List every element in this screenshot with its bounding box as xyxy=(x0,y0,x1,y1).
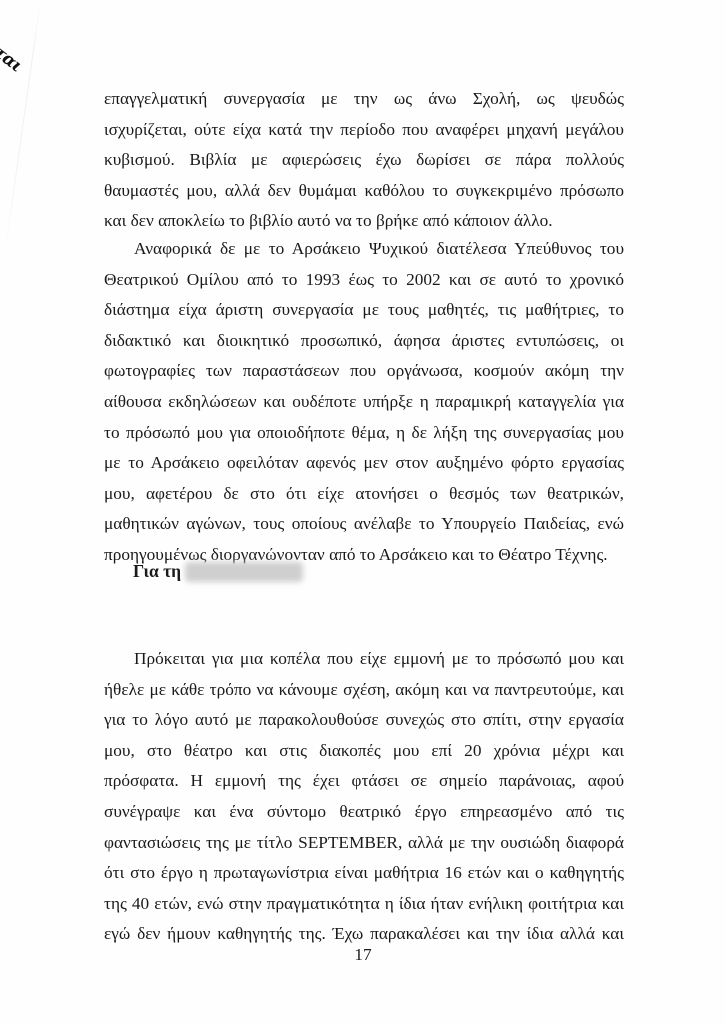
text-line: πρόσφατα. Η εμμονή της έχει φτάσει σε ση… xyxy=(104,766,624,797)
text-line: Πρόκειται για μια κοπέλα που είχε εμμονή… xyxy=(104,644,624,675)
text-line: αίθουσα εκδηλώσεων και ουδέποτε υπήρξε η… xyxy=(104,387,624,418)
text-line: ισχυρίζεται, ούτε είχα κατά την περίοδο … xyxy=(104,115,624,146)
paragraph-1: επαγγελματική συνεργασία με την ως άνω Σ… xyxy=(104,84,624,237)
text-line: μαθητικών αγώνων, τους οποίους ανέλαβε τ… xyxy=(104,509,624,540)
text-line: Αναφορικά δε με το Αρσάκειο Ψυχικού διατ… xyxy=(104,234,624,265)
section-heading: Για τη xyxy=(133,561,303,582)
text-line: συνέγραψε και ένα σύντομο θεατρικό έργο … xyxy=(104,797,624,828)
text-line: επαγγελματική συνεργασία με την ως άνω Σ… xyxy=(104,84,624,115)
text-line: για το λόγο αυτό με παρακολουθούσε συνεχ… xyxy=(104,705,624,736)
text-line: διδακτικό και διοικητικό προσωπικό, άφησ… xyxy=(104,326,624,357)
paragraph-2: Αναφορικά δε με το Αρσάκειο Ψυχικού διατ… xyxy=(104,234,624,571)
text-line: ήθελε με κάθε τρόπο να κάνουμε σχέση, ακ… xyxy=(104,675,624,706)
text-line: της 40 ετών, ενώ στην πραγματικότητα η ί… xyxy=(104,889,624,920)
page-number: 17 xyxy=(0,945,726,965)
text-line: το πρόσωπό μου για οποιοδήποτε θέμα, η δ… xyxy=(104,418,624,449)
text-line: με το Αρσάκειο οφειλόταν αφενός μεν στον… xyxy=(104,448,624,479)
redacted-name-block xyxy=(185,562,303,582)
document-page: ται επαγγελματική συνεργασία με την ως ά… xyxy=(0,0,726,1024)
text-line: διάστημα είχα άριστη συνεργασία με τους … xyxy=(104,295,624,326)
text-line: και δεν αποκλείω το βιβλίο αυτό να το βρ… xyxy=(104,206,624,237)
paragraph-3: Πρόκειται για μια κοπέλα που είχε εμμονή… xyxy=(104,644,624,950)
scan-fold-line xyxy=(5,0,41,248)
text-line: ότι στο έργο η πρωταγωνίστρια είναι μαθή… xyxy=(104,858,624,889)
text-line: μου, αφετέρου δε στο ότι είχε ατονήσει ο… xyxy=(104,479,624,510)
text-line: μου, στο θέατρο και στις διακοπές μου επ… xyxy=(104,736,624,767)
text-line: φωτογραφίες των παραστάσεων που οργάνωσα… xyxy=(104,356,624,387)
section-heading-text: Για τη xyxy=(133,561,181,582)
handwritten-note: ται xyxy=(0,42,25,76)
text-line: φαντασιώσεις της με τίτλο SEPTEMBER, αλλ… xyxy=(104,828,624,859)
text-line: θαυμαστές μου, αλλά δεν θυμάμαι καθόλου … xyxy=(104,176,624,207)
text-line: Θεατρικού Ομίλου από το 1993 έως το 2002… xyxy=(104,265,624,296)
text-line: κυβισμού. Βιβλία με αφιερώσεις έχω δωρίσ… xyxy=(104,145,624,176)
